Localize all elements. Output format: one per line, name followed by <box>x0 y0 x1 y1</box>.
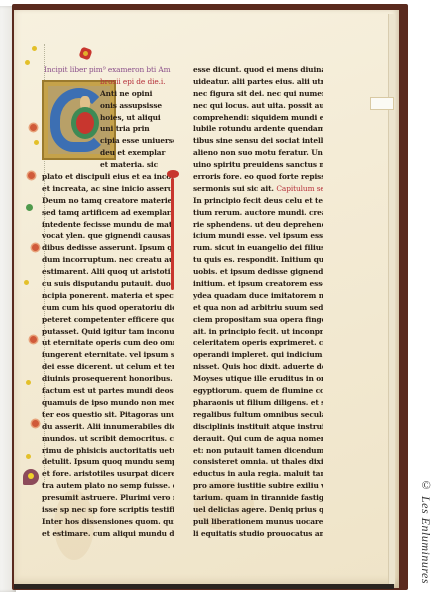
text-line: tibus sine sensu dei sociat intelligi qu… <box>193 135 323 147</box>
text-line: sermonis sui sic ait. Capitulum secundum <box>193 183 323 195</box>
text-line: vocat ylen. que gignendi causas rebus <box>42 230 174 242</box>
text-line: operandi impleret. qui indicium repente … <box>193 349 323 361</box>
text-line: dum incorruptum. nec creatu aut factu <box>42 254 174 266</box>
text-line: et fore. aristotiles usurpat dicere. Con <box>42 468 174 480</box>
gold-flower-icon <box>24 280 29 285</box>
text-line: lubile rotundu ardente quendam incitatu … <box>193 123 323 135</box>
text-line: ut eternitate operis cum deo omnipotente… <box>42 337 174 349</box>
text-line: estimarent. Alii quoq ut aristotiles <box>42 266 174 278</box>
text-line: ait. in principio fecit. ut inconprehens… <box>193 326 323 338</box>
gold-flower-icon <box>26 454 31 459</box>
text-line: rimu de phisicis auctoritatis uetustas <box>42 445 174 457</box>
text-line: uideatur. alii partes eius. alii utrumq … <box>193 76 323 88</box>
text-line: regalibus fultum omnibus secularis prude… <box>193 409 323 421</box>
text-line: tra autem plato no semp fuisse. et semp … <box>42 480 174 492</box>
text-line: pharaonis ut filium diligens. et subsidi… <box>193 397 323 409</box>
text-line: tarium. quam in tirannide fastigio poten… <box>193 492 323 504</box>
text-line: consisteret omnia. ut thales dixit. Et c… <box>193 456 323 468</box>
text-line: et: non putauit tamen dicendum. quod ex … <box>193 445 323 457</box>
red-flower-icon <box>32 420 39 427</box>
text-line: disciplinis instituit atque instrui desi <box>193 421 323 433</box>
text-line: alieno non suo motu feratur. Unde di <box>193 147 323 159</box>
text-line: presumit astruere. Plurimi vero nec fu <box>42 492 174 504</box>
text-line: derauit. Qui cum de aqua nomen acciper <box>193 433 323 445</box>
copyright-watermark: © Les Enluminures <box>418 478 433 584</box>
text-line: onis assupsisse <box>42 100 174 112</box>
text-line: erroris fore. eo quod forte repisse in e… <box>193 171 323 183</box>
text-line: Anti ne opini <box>42 88 174 100</box>
text-line: et estimare. cum aliqui mundu deu <box>42 528 174 540</box>
text-line: celeritatem operis exprimeret. cum effec… <box>193 337 323 349</box>
text-line: nisset. Quis hoc dixit. aduerte debemus. <box>193 361 323 373</box>
text-line: du asserit. Alii innumerabiles dicunt es… <box>42 421 174 433</box>
large-red-initial <box>167 170 177 290</box>
text-line: nec figura sit dei. nec qui numerus. <box>193 88 323 100</box>
text-line: et qua non ad arbitriu suum sed ad spe <box>193 302 323 314</box>
initial-stem <box>171 178 174 290</box>
text-line: initium. et ipsum creatorem esse mundi. … <box>193 278 323 290</box>
left-text-column: Incipit liber pim⁹ exameron bti Am brosi… <box>42 64 174 540</box>
text-line: li equitatis studio prouocatus amputare … <box>193 528 323 540</box>
title-rubric-cont: brosii epi de die.i. <box>42 76 174 88</box>
text-line: nec qui locus. aut uita. possit aut terr… <box>193 100 323 112</box>
text-line: ncipia ponerent. materia et speciem. et … <box>42 290 174 302</box>
gold-flower-icon <box>34 140 39 145</box>
green-flower-icon <box>26 204 33 211</box>
text-line: cum cum his quod operatoriu dicit. cui s… <box>42 302 174 314</box>
gold-flower-icon <box>32 46 37 51</box>
text-line: rum. sicut in euangelio dei filius dicen… <box>193 242 323 254</box>
text-line: uel delicias agere. Deniq prius quam ad … <box>193 504 323 516</box>
text-line: rie sphendens. ut deu deprehenderes an i… <box>193 219 323 231</box>
text-line: detulit. Ipsum quoq mundu semp fuisse <box>42 456 174 468</box>
text-line: uni tria prin <box>42 123 174 135</box>
text-line: iungerent eternitate. vel ipsum solu opu… <box>42 349 174 361</box>
gold-flower-icon <box>25 60 30 65</box>
text-line: cipia esse uniuersorum, <box>42 135 174 147</box>
paper-tab <box>370 97 394 110</box>
text-line-part: sermonis sui sic ait. <box>193 184 274 193</box>
trefoil-flower-icon <box>23 469 39 485</box>
text-line: putasset. Quid igitur tam inconueniens. … <box>42 326 174 338</box>
text-line: quamuis de ipso mundo non mediocris in <box>42 397 174 409</box>
right-text-column: esse dicunt. quod ei mens diuina ut puta… <box>193 64 323 540</box>
text-line: tu quis es. respondit. Initium qui et lo… <box>193 254 323 266</box>
text-line: dei esse dicerent. ut celum et terra et … <box>42 361 174 373</box>
text-line: uobis. et ipsum dedisse gignendis rebus <box>193 266 323 278</box>
text-line: esse dicunt. quod ei mens diuina ut puta… <box>193 64 323 76</box>
initial-head <box>167 170 179 178</box>
text-line: puli liberationem munus uocaretur. natur… <box>193 516 323 528</box>
text-line: factum est ut partes mundi deos esse cre… <box>42 385 174 397</box>
title-rubric: Incipit liber pim⁹ exameron bti Am <box>42 64 174 76</box>
red-flower-icon <box>32 244 39 251</box>
text-line: Inter hos dissensiones quom. quid uerum <box>42 516 174 528</box>
text-line: ciem propositam sua opera fingeret. Pulc… <box>193 314 323 326</box>
text-line: hoies, ut aliqui <box>42 112 174 124</box>
text-line: cu suis disputandu putauit. duo pri <box>42 278 174 290</box>
red-flower-icon <box>28 172 35 179</box>
text-line: et increata, ac sine inicio asseruerut. <box>42 183 174 195</box>
text-line: mundos. ut scribit democritus. cui plu <box>42 433 174 445</box>
text-line: pro amore iustitie subire exiliu volun <box>193 480 323 492</box>
text-line: comprehendi: siquidem mundi estimatione … <box>193 112 323 124</box>
text-line: In principio fecit deus celu et terra. i… <box>193 195 323 207</box>
gold-flower-icon <box>26 380 31 385</box>
red-flower-icon <box>30 124 37 131</box>
text-line: deu et exemplar <box>42 147 174 159</box>
text-line: intedente fecisse mundu de materia qua <box>42 219 174 231</box>
text-line: Moyses utique ille eruditus in omni sapi… <box>193 373 323 385</box>
text-line: ter eos questio sit. Pitagoras unu mu <box>42 409 174 421</box>
text-line: tium rerum. auctore mundi. creatione mat… <box>193 207 323 219</box>
chapter-rubric: Capitulum secundum <box>276 184 323 193</box>
text-line: plato et discipuli eius et ea incorrupta <box>42 171 174 183</box>
text-line: egyptiorum. quem de flumine collectum fi… <box>193 385 323 397</box>
text-line: eductus in aula regia. maluit tamen <box>193 468 323 480</box>
text-line: et materia. sic <box>42 159 174 171</box>
red-flower-icon <box>30 336 37 343</box>
text-line: ydea quadam duce imitatorem materie <box>193 290 323 302</box>
text-line: dibus dedisse asserunt. Ipsum quoq mu <box>42 242 174 254</box>
text-line: isse sp nec sp fore scriptis testificant… <box>42 504 174 516</box>
page-bottom-edge <box>14 584 394 589</box>
text-line: sed tamq artificem ad exemplar. hoc est … <box>42 207 174 219</box>
text-line: uino spiritu preuidens sanctus moyses ho… <box>193 159 323 171</box>
text-line: diuinis prosequerent honoribus. Ex quo <box>42 373 174 385</box>
text-line: peteret competenter efficere quod adorie… <box>42 314 174 326</box>
text-line: Deum no tamq creatore materie. <box>42 195 174 207</box>
text-line: icium mundi esse. vel ipsum esse uniuers… <box>193 230 323 242</box>
